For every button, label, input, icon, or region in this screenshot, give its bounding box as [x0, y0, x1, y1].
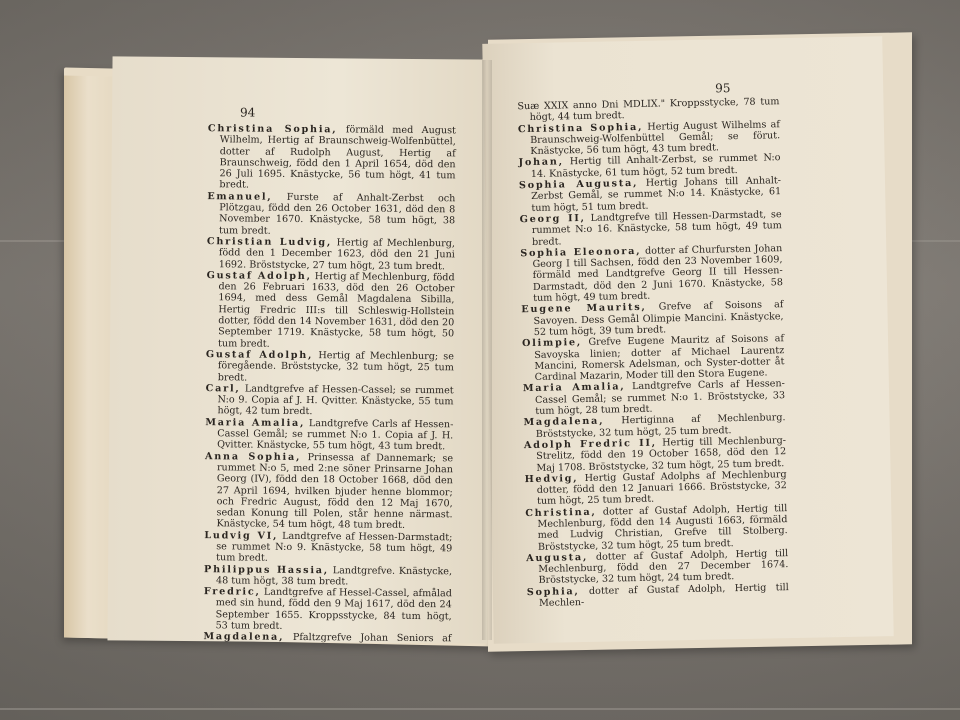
catalog-entry: Christian Ludvig, Hertig af Mechlenburg,…	[207, 236, 455, 272]
page-number: 94	[240, 105, 255, 119]
catalog-entry: Christina Sophia, förmäld med August Wil…	[207, 123, 456, 193]
catalog-entry: Olimpie, Grefve Eugene Mauritz af Soison…	[522, 333, 785, 383]
catalog-entry: Maria Amalia, Landtgrefve Carls af Hesse…	[523, 379, 786, 418]
catalog-entry: Hedvig, Hertig Gustaf Adolphs af Mechlen…	[525, 469, 788, 508]
catalog-entry: Gustaf Adolph, Hertig af Mechlenburg, fö…	[206, 270, 455, 351]
right-page: 95 Suæ XXIX anno Dni MDLIX." Kroppsstyck…	[482, 36, 893, 644]
catalog-entry: Sophia Eleonora, dotter af Churfursten J…	[520, 243, 783, 305]
catalog-entry: Sophia, dotter af Gustaf Adolph, Hertig …	[527, 582, 789, 610]
catalog-entry: Maria Amalia, Landtgrefve Carls af Hesse…	[205, 417, 453, 453]
catalog-entry: Philippus Hassia, Landtgrefve. Knästycke…	[204, 564, 452, 589]
left-page-text: Christina Sophia, förmäld med August Wil…	[203, 123, 456, 643]
catalog-entry: Magdalena, Pfaltzgrefve Johan Seniors af…	[203, 632, 451, 644]
catalog-entry: Augusta, dotter af Gustaf Adolph, Hertig…	[526, 548, 789, 587]
catalog-entry: Fredric, Landtgrefve af Hessel-Cassel, a…	[204, 586, 452, 633]
catalog-entry: Georg II, Landtgrefve till Hessen-Darmst…	[520, 209, 783, 248]
catalog-entry: Gustaf Adolph, Hertig af Mechlenburg; se…	[206, 349, 454, 385]
catalog-entry: Eugene Maurits, Grefve af Soisons af Sav…	[521, 300, 784, 339]
catalog-entry: Ludvig VI, Landtgrefve af Hessen-Darmsta…	[204, 530, 452, 566]
page-number: 95	[715, 81, 731, 95]
book-gutter	[482, 60, 492, 640]
left-page: 94 Christina Sophia, förmäld med August …	[107, 56, 492, 643]
catalog-entry: Carl, Landtgrefve af Hessen-Cassel; se r…	[205, 383, 453, 419]
catalog-entry: Adolph Fredric II, Hertig till Mechlenbu…	[524, 435, 787, 474]
catalog-entry: Sophia Augusta, Hertig Johans till Anhal…	[519, 175, 782, 214]
open-book: 94 Christina Sophia, förmäld med August …	[0, 0, 960, 720]
right-page-text: Suæ XXIX anno Dni MDLIX." Kroppsstycke, …	[517, 96, 789, 609]
catalog-entry: Emanuel, Furste af Anhalt-Zerbst och Plö…	[207, 191, 455, 238]
catalog-entry: Christina, dotter af Gustaf Adolph, Hert…	[525, 503, 788, 553]
catalog-entry: Anna Sophia, Prinsessa af Dannemark; se …	[204, 451, 453, 532]
catalog-entry: Christina Sophia, Hertig August Wilhelms…	[518, 119, 781, 158]
